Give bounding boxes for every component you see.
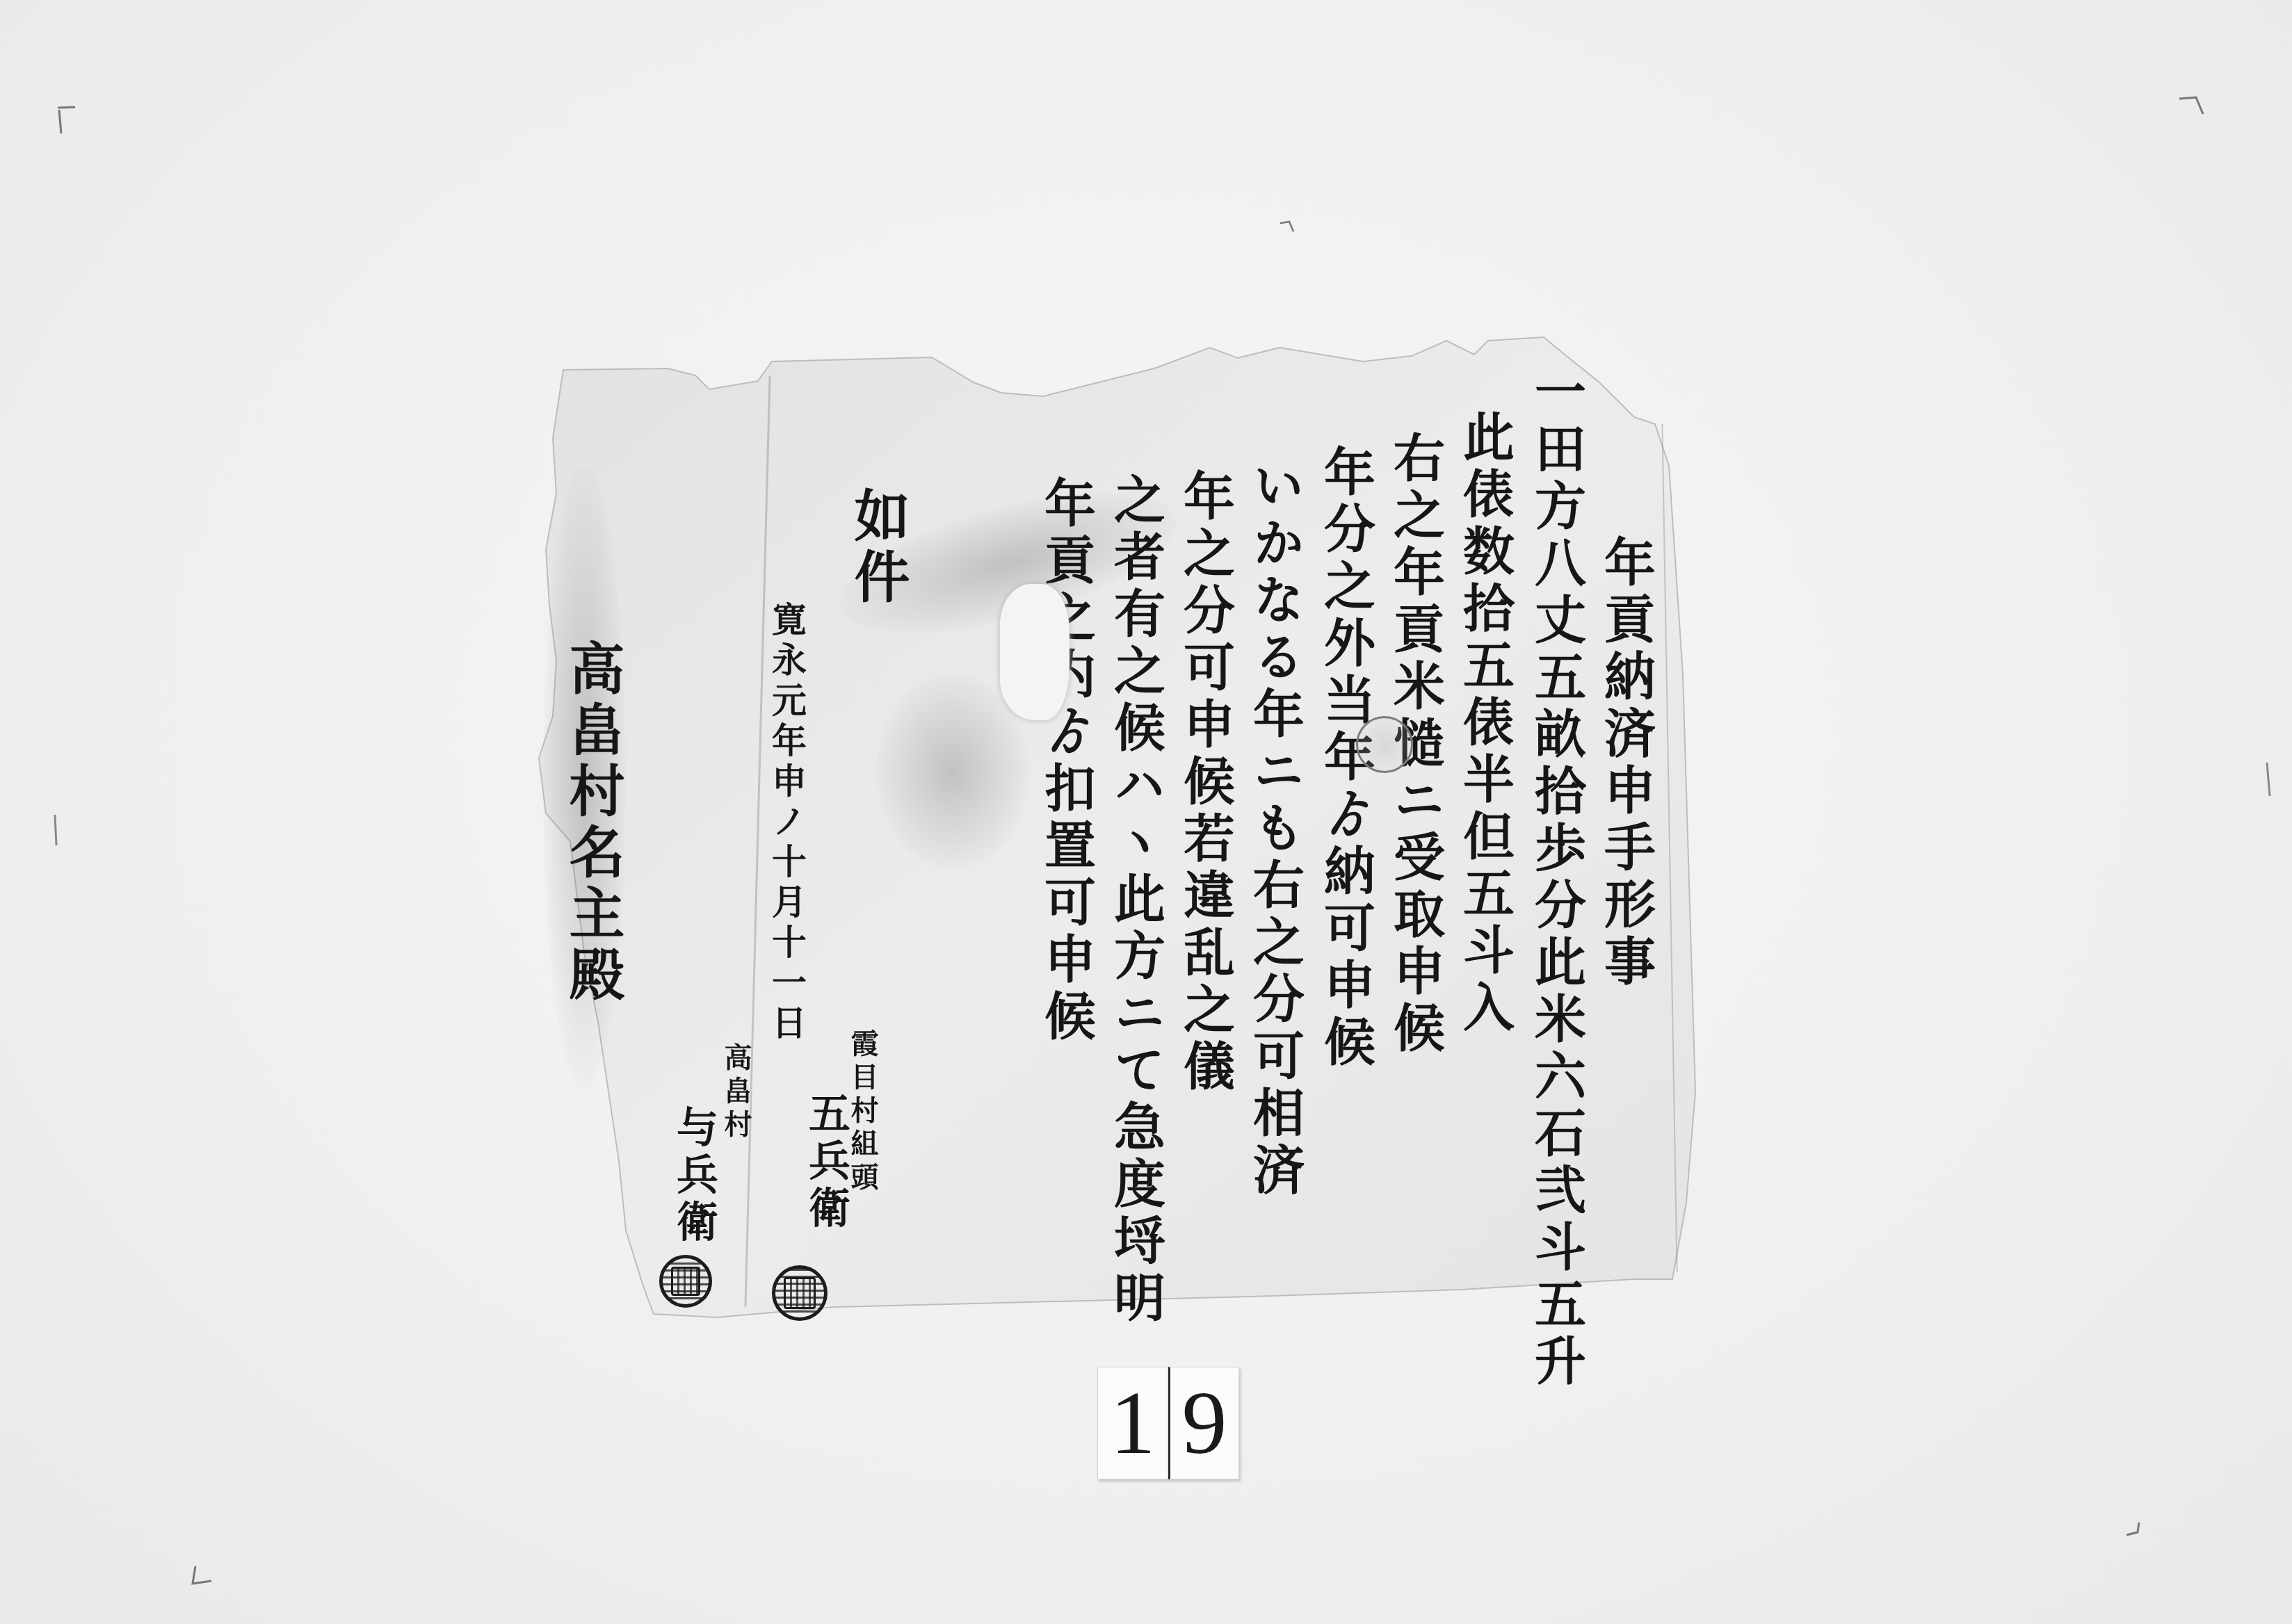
- paper-seal-mid: [1356, 716, 1413, 773]
- registration-mark-top-left: [56, 104, 83, 139]
- registration-mark-top-right: [2177, 92, 2208, 123]
- text-column-5: いかなる年ニも右之分可相済: [1238, 459, 1312, 1200]
- catalog-digit-1: 1: [1097, 1367, 1168, 1479]
- registration-mark-top-center: [1278, 219, 1299, 236]
- text-column-6: 年之分可申候若違乱之儀: [1168, 469, 1242, 1096]
- signer-2-seal: [772, 1265, 828, 1321]
- heading-column: 年貢納済申手形事: [1589, 535, 1663, 991]
- paper-hole: [1000, 584, 1070, 720]
- registration-mark-bottom-left: [189, 1564, 217, 1589]
- date-line: 寛永元年申ノ十月十一日: [761, 601, 812, 1045]
- addressee: 高畠村名主殿: [553, 640, 633, 1007]
- document-paper: 年貢納済申手形事 一田方八丈五畝拾歩分此米六石弐斗五升 此俵数拾五俵半但五斗入 …: [487, 327, 1711, 1342]
- text-column-7: 之者有之候ハヽ此方ニて急度埒明: [1099, 473, 1172, 1328]
- registration-mark-bottom-right: [2124, 1521, 2145, 1539]
- signer-2-name: 五兵衛: [796, 1091, 856, 1233]
- signer-1-seal: [659, 1255, 712, 1308]
- catalog-digit-2: 9: [1168, 1367, 1239, 1479]
- catalog-number-card: 1 9: [1097, 1367, 1239, 1479]
- text-column-8: 年貢之内ゟ扣置可申候: [1029, 476, 1103, 1046]
- text-column-2: 此俵数拾五俵半但五斗入: [1448, 410, 1522, 1037]
- closing-phrase: 如件: [838, 487, 918, 609]
- registration-mark-right: [2264, 761, 2274, 800]
- signer-1-name: 与兵衛: [664, 1105, 724, 1247]
- text-column-1: 一田方八丈五畝拾歩分此米六石弐斗五升: [1519, 365, 1593, 1391]
- registration-mark-left: [51, 813, 60, 848]
